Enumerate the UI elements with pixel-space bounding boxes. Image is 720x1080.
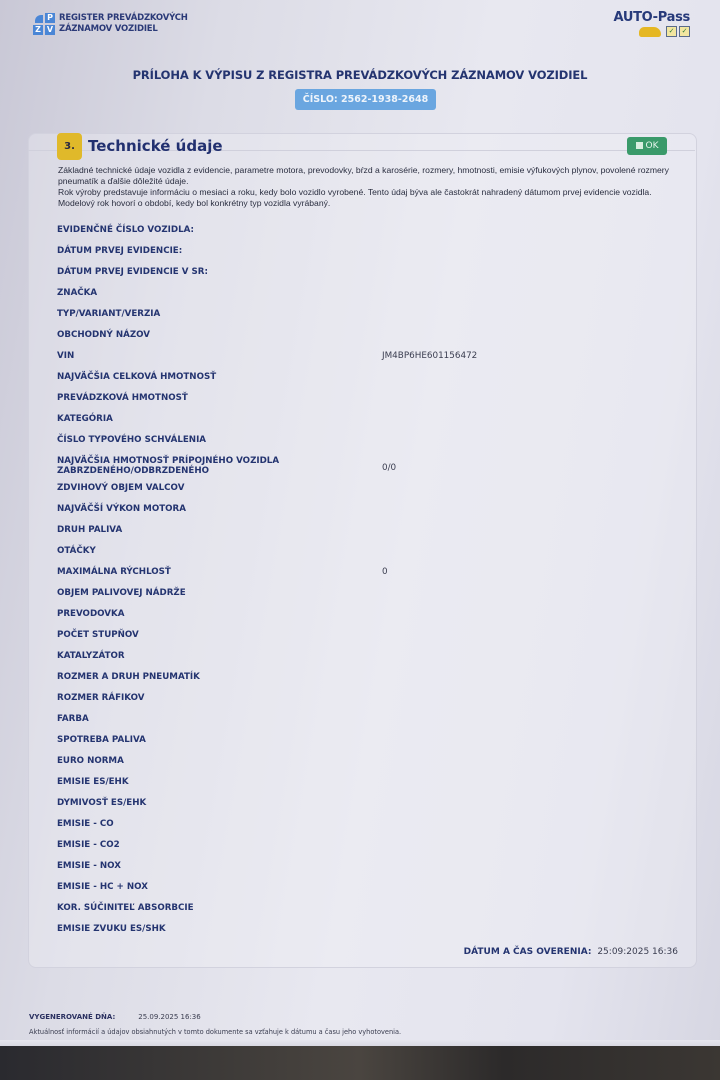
status-badge: OK [627, 137, 667, 155]
field-label: EMISIE - CO2 [57, 840, 357, 850]
field-label: MAXIMÁLNA RÝCHLOSŤ [57, 567, 357, 577]
generated-on: VYGENEROVANÉ DŇA: 25.09.2025 16:36 [29, 1013, 201, 1021]
logo-line-2: ZÁZNAMOV VOZIDIEL [59, 24, 188, 35]
checkbox-icon [636, 142, 643, 149]
field-label: DRUH PALIVA [57, 525, 357, 535]
field-label: DÁTUM PRVEJ EVIDENCIE V SR: [57, 267, 357, 277]
field-label: NAJVÄČŠIA CELKOVÁ HMOTNOSŤ [57, 372, 357, 382]
field-label: ZNAČKA [57, 288, 357, 298]
field-label: SPOTREBA PALIVA [57, 735, 357, 745]
disclaimer-text: Aktuálnosť informácií a údajov obsiahnut… [29, 1028, 401, 1036]
field-label: OBJEM PALIVOVEJ NÁDRŽE [57, 588, 357, 598]
section-number-badge: 3. [57, 133, 82, 160]
field-label: EVIDENČNÉ ČÍSLO VOZIDLA: [57, 225, 357, 235]
field-label: EMISIE - HC + NOX [57, 882, 357, 892]
field-label: KOR. SÚČINITEĽ ABSORBCIE [57, 903, 357, 913]
field-label: EMISIE - CO [57, 819, 357, 829]
field-label: OTÁČKY [57, 546, 357, 556]
section-title: Technické údaje [88, 137, 223, 155]
verification-timestamp: DÁTUM A ČAS OVERENIA: 25:09:2025 16:36 [464, 947, 678, 957]
check-icon: ✓ [666, 26, 677, 37]
field-label: FARBA [57, 714, 357, 724]
field-label: KATALYZÁTOR [57, 651, 357, 661]
field-value: 0 [382, 567, 388, 577]
field-label: TYP/VARIANT/VERZIA [57, 309, 357, 319]
field-label: DÁTUM PRVEJ EVIDENCIE: [57, 246, 357, 256]
field-label: PREVÁDZKOVÁ HMOTNOSŤ [57, 393, 357, 403]
check-icon: ✓ [679, 26, 690, 37]
field-label: EMISIE - NOX [57, 861, 357, 871]
pzv-logo-icon: P Z V [33, 13, 55, 35]
field-label: ROZMER RÁFIKOV [57, 693, 357, 703]
section-intro: Základné technické údaje vozidla z evide… [58, 165, 686, 209]
field-label: ČÍSLO TYPOVÉHO SCHVÁLENIA [57, 435, 357, 445]
field-label: KATEGÓRIA [57, 414, 357, 424]
logo-line-1: REGISTER PREVÁDZKOVÝCH [59, 13, 188, 24]
document-number-badge: ČÍSLO: 2562-1938-2648 [295, 89, 436, 110]
field-label: EURO NORMA [57, 756, 357, 766]
autopass-brand: AUTO-Pass ✓ ✓ [614, 10, 691, 37]
field-label: DYMIVOSŤ ES/EHK [57, 798, 357, 808]
field-label: PREVODOVKA [57, 609, 357, 619]
field-label: VIN [57, 351, 357, 361]
desk-background [0, 1046, 720, 1080]
field-label: OBCHODNÝ NÁZOV [57, 330, 357, 340]
field-label: POČET STUPŇOV [57, 630, 357, 640]
field-label: NAJVÄČŠIA HMOTNOSŤ PRÍPOJNÉHO VOZIDLA ZA… [57, 456, 302, 476]
brand-name: AUTO-Pass [614, 10, 691, 25]
car-icon [639, 27, 661, 37]
field-label: EMISIE ZVUKU ES/SHK [57, 924, 357, 934]
field-value: JM4BP6HE601156472 [382, 351, 477, 361]
intro-paragraph-2: Rok výroby predstavuje informáciu o mesi… [58, 187, 686, 209]
field-label: EMISIE ES/EHK [57, 777, 357, 787]
document-page: P Z V REGISTER PREVÁDZKOVÝCH ZÁZNAMOV VO… [0, 0, 720, 1048]
document-title: PRÍLOHA K VÝPISU Z REGISTRA PREVÁDZKOVÝC… [0, 68, 720, 82]
field-value: 0/0 [382, 463, 396, 473]
field-label: ZDVIHOVÝ OBJEM VALCOV [57, 483, 357, 493]
field-label: NAJVÄČŠÍ VÝKON MOTORA [57, 504, 357, 514]
intro-paragraph-1: Základné technické údaje vozidla z evide… [58, 165, 686, 187]
registry-logo: P Z V REGISTER PREVÁDZKOVÝCH ZÁZNAMOV VO… [33, 13, 188, 35]
field-label: ROZMER A DRUH PNEUMATÍK [57, 672, 357, 682]
